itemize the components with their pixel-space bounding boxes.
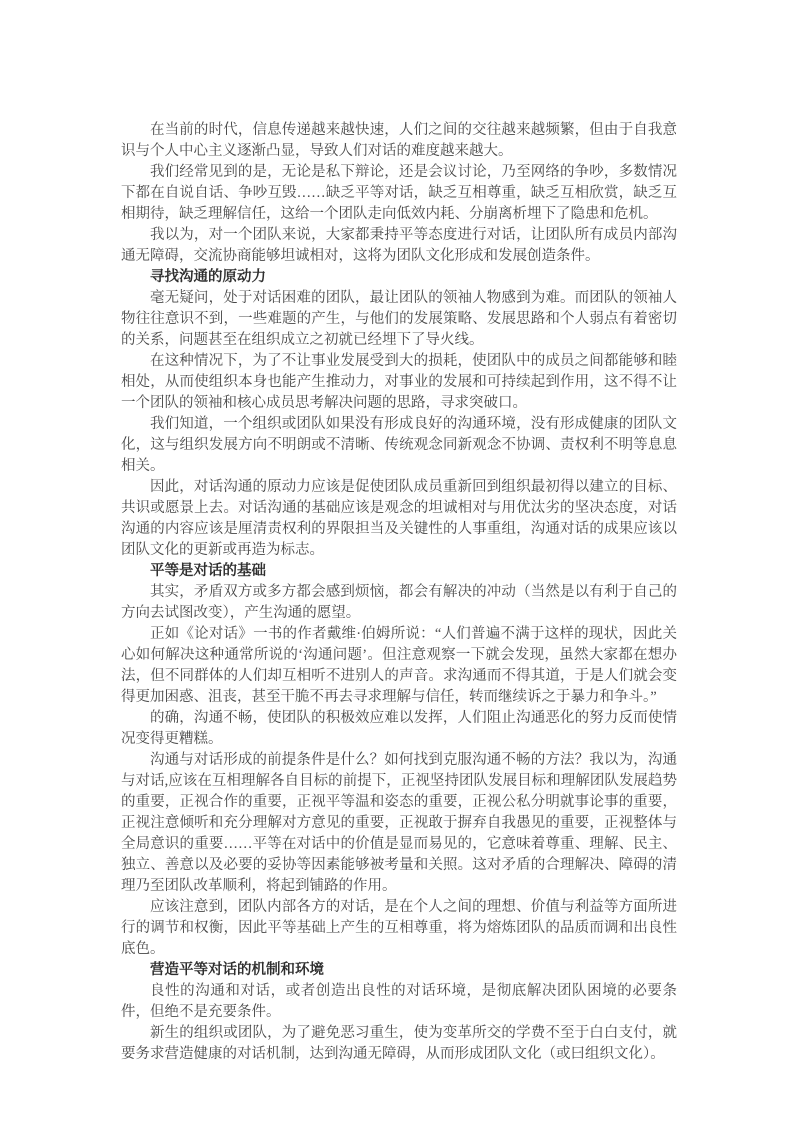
- paragraph-14: 新生的组织或团队，为了避免恶习重生，使为变革所交的学费不至于白白支付，就要务求营…: [121, 1023, 677, 1065]
- paragraph-12: 应该注意到，团队内部各方的对话，是在个人之间的理想、价值与利益等方面所进行的调节…: [121, 897, 677, 960]
- paragraph-8: 其实，矛盾双方或多方都会感到烦恼，都会有解决的冲动（当然是以有利于自己的方向去试…: [121, 582, 677, 624]
- paragraph-6: 我们知道，一个组织或团队如果没有形成良好的沟通环境，没有形成健康的团队文化，这与…: [121, 414, 677, 477]
- paragraph-11: 沟通与对话形成的前提条件是什么？如何找到克服沟通不畅的方法？我以为，沟通与对话,…: [121, 750, 677, 897]
- document-page: 在当前的时代，信息传递越来越快速，人们之间的交往越来越频繁，但由于自我意识与个人…: [0, 0, 793, 1122]
- paragraph-9: 正如《论对话》一书的作者戴维·伯姆所说：“人们普遍不满于这样的现状，因此关心如何…: [121, 624, 677, 708]
- paragraph-13: 良性的沟通和对话，或者创造出良性的对话环境，是彻底解决团队困境的必要条件，但绝不…: [121, 981, 677, 1023]
- paragraph-1: 在当前的时代，信息传递越来越快速，人们之间的交往越来越频繁，但由于自我意识与个人…: [121, 120, 677, 162]
- paragraph-2: 我们经常见到的是，无论是私下辩论，还是会议讨论，乃至网络的争吵，多数情况下都在自…: [121, 162, 677, 225]
- paragraph-10: 的确，沟通不畅，使团队的积极效应难以发挥，人们阻止沟通恶化的努力反而使情况变得更…: [121, 708, 677, 750]
- paragraph-4: 毫无疑问，处于对话困难的团队，最让团队的领袖人物感到为难。而团队的领袖人物往往意…: [121, 288, 677, 351]
- document-text-column: 在当前的时代，信息传递越来越快速，人们之间的交往越来越频繁，但由于自我意识与个人…: [121, 120, 677, 1065]
- paragraph-7: 因此，对话沟通的原动力应该是促使团队成员重新回到组织最初得以建立的目标、共识或愿…: [121, 477, 677, 561]
- paragraph-3: 我以为，对一个团队来说，大家都秉持平等态度进行对话，让团队所有成员内部沟通无障碍…: [121, 225, 677, 267]
- section-heading-1: 寻找沟通的原动力: [121, 267, 677, 288]
- section-heading-2: 平等是对话的基础: [121, 561, 677, 582]
- section-heading-3: 营造平等对话的机制和环境: [121, 960, 677, 981]
- paragraph-5: 在这种情况下，为了不让事业发展受到大的损耗，使团队中的成员之间都能够和睦相处，从…: [121, 351, 677, 414]
